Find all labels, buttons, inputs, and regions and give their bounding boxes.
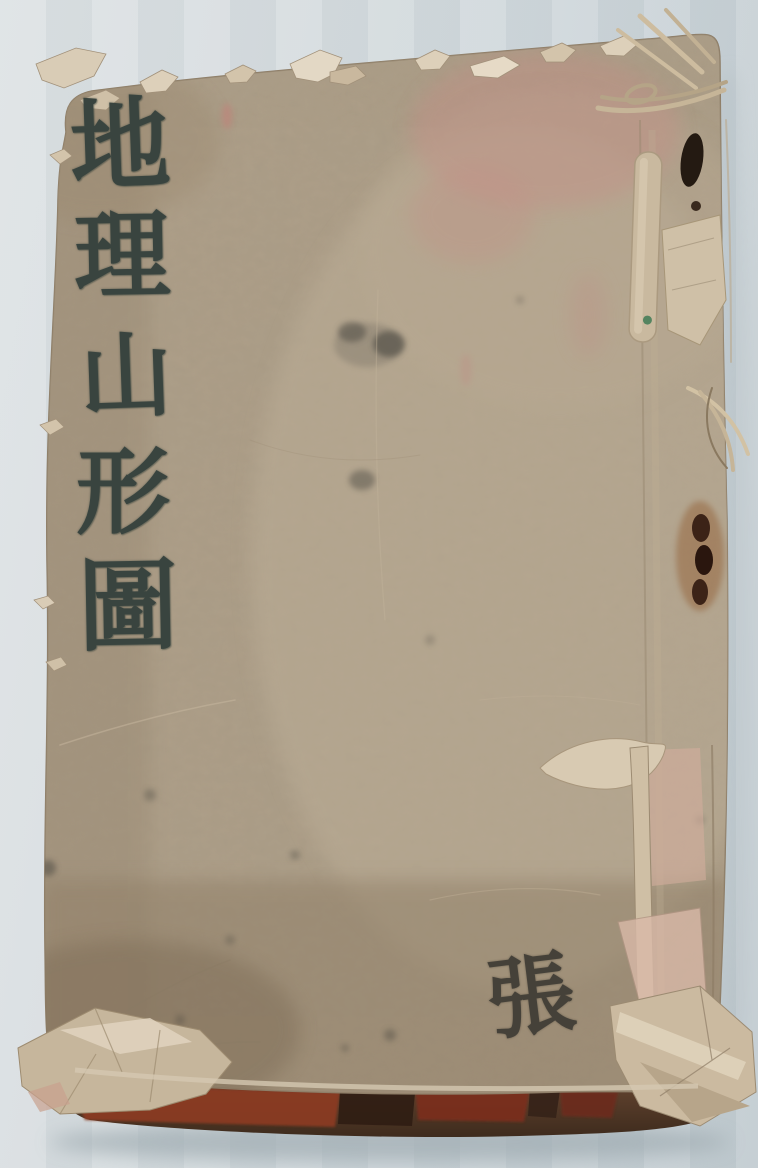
title-character-4: 形 — [76, 446, 170, 540]
repair-strip — [629, 152, 663, 343]
photo-of-book: 地 理 山 形 圖 張 — [0, 0, 758, 1168]
title-character-1: 地 — [68, 93, 171, 196]
owner-mark-character: 張 — [482, 947, 580, 1045]
title-character-5: 圖 — [77, 555, 179, 657]
title-character-3: 山 — [78, 328, 173, 423]
title-character-2: 理 — [73, 207, 171, 305]
